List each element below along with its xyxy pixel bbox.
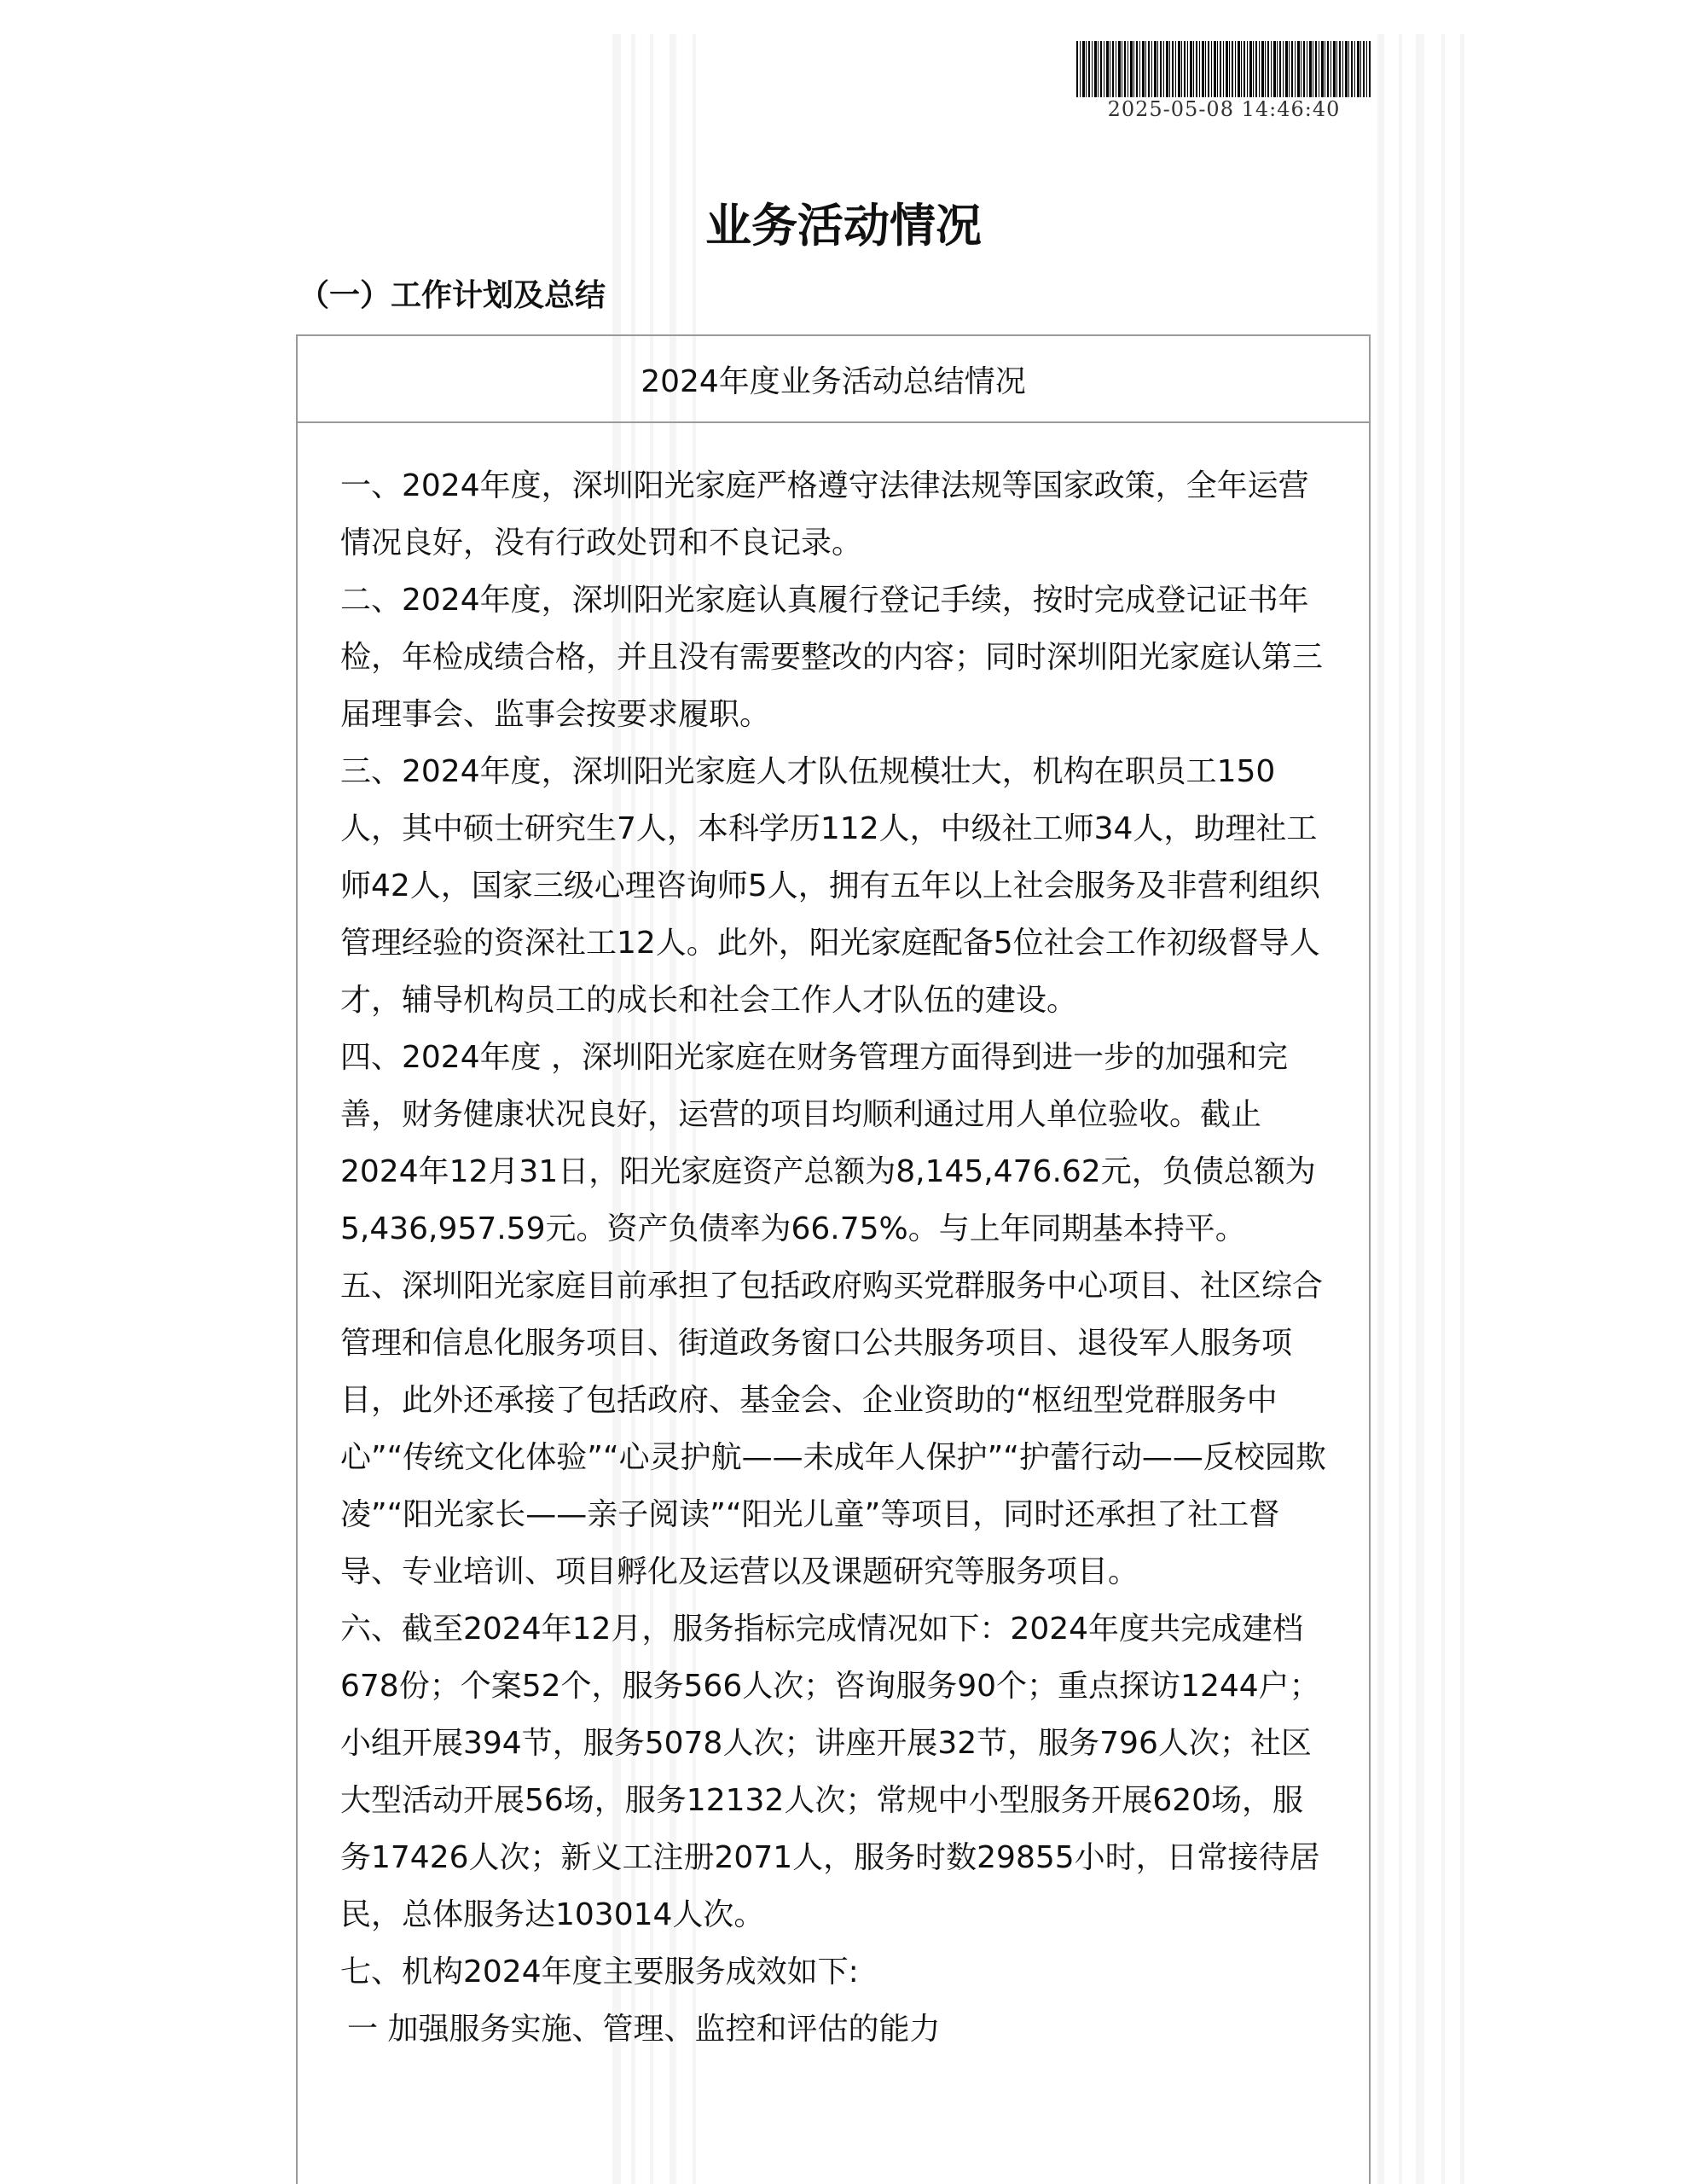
table-body: 一、2024年度，深圳阳光家庭严格遵守法律法规等国家政策，全年运营情况良好，没有… [298, 423, 1369, 2058]
section-title: （一）工作计划及总结 [299, 271, 606, 315]
paragraph-7: 七、机构2024年度主要服务成效如下: [340, 1943, 1328, 2001]
watermark-stripe [1441, 34, 1445, 2184]
page-title: 业务活动情况 [0, 189, 1687, 255]
watermark-stripe [1416, 34, 1424, 2184]
summary-table: 2024年度业务活动总结情况 一、2024年度，深圳阳光家庭严格遵守法律法规等国… [296, 334, 1371, 2184]
watermark-stripe [1460, 34, 1464, 2184]
paragraph-5: 五、深圳阳光家庭目前承担了包括政府购买党群服务中心项目、社区综合管理和信息化服务… [340, 1258, 1328, 1600]
paragraph-4: 四、2024年度 ，深圳阳光家庭在财务管理方面得到进一步的加强和完善，财务健康状… [340, 1029, 1328, 1258]
paragraph-1: 一、2024年度，深圳阳光家庭严格遵守法律法规等国家政策，全年运营情况良好，没有… [340, 457, 1328, 572]
paragraph-3: 三、2024年度，深圳阳光家庭人才队伍规模壮大，机构在职员工150人，其中硕士研… [340, 743, 1328, 1029]
table-header: 2024年度业务活动总结情况 [298, 336, 1369, 423]
timestamp: 2025-05-08 14:46:40 [1100, 97, 1348, 121]
subheading: 一 加强服务实施、管理、监控和评估的能力 [340, 2001, 1328, 2058]
paragraph-2: 二、2024年度，深圳阳光家庭认真履行登记手续，按时完成登记证书年检，年检成绩合… [340, 572, 1328, 743]
watermark-stripe [1399, 34, 1402, 2184]
barcode-icon [1076, 41, 1371, 97]
paragraph-6: 六、截至2024年12月，服务指标完成情况如下：2024年度共完成建档678份；… [340, 1600, 1328, 1943]
watermark-stripe [1377, 34, 1384, 2184]
